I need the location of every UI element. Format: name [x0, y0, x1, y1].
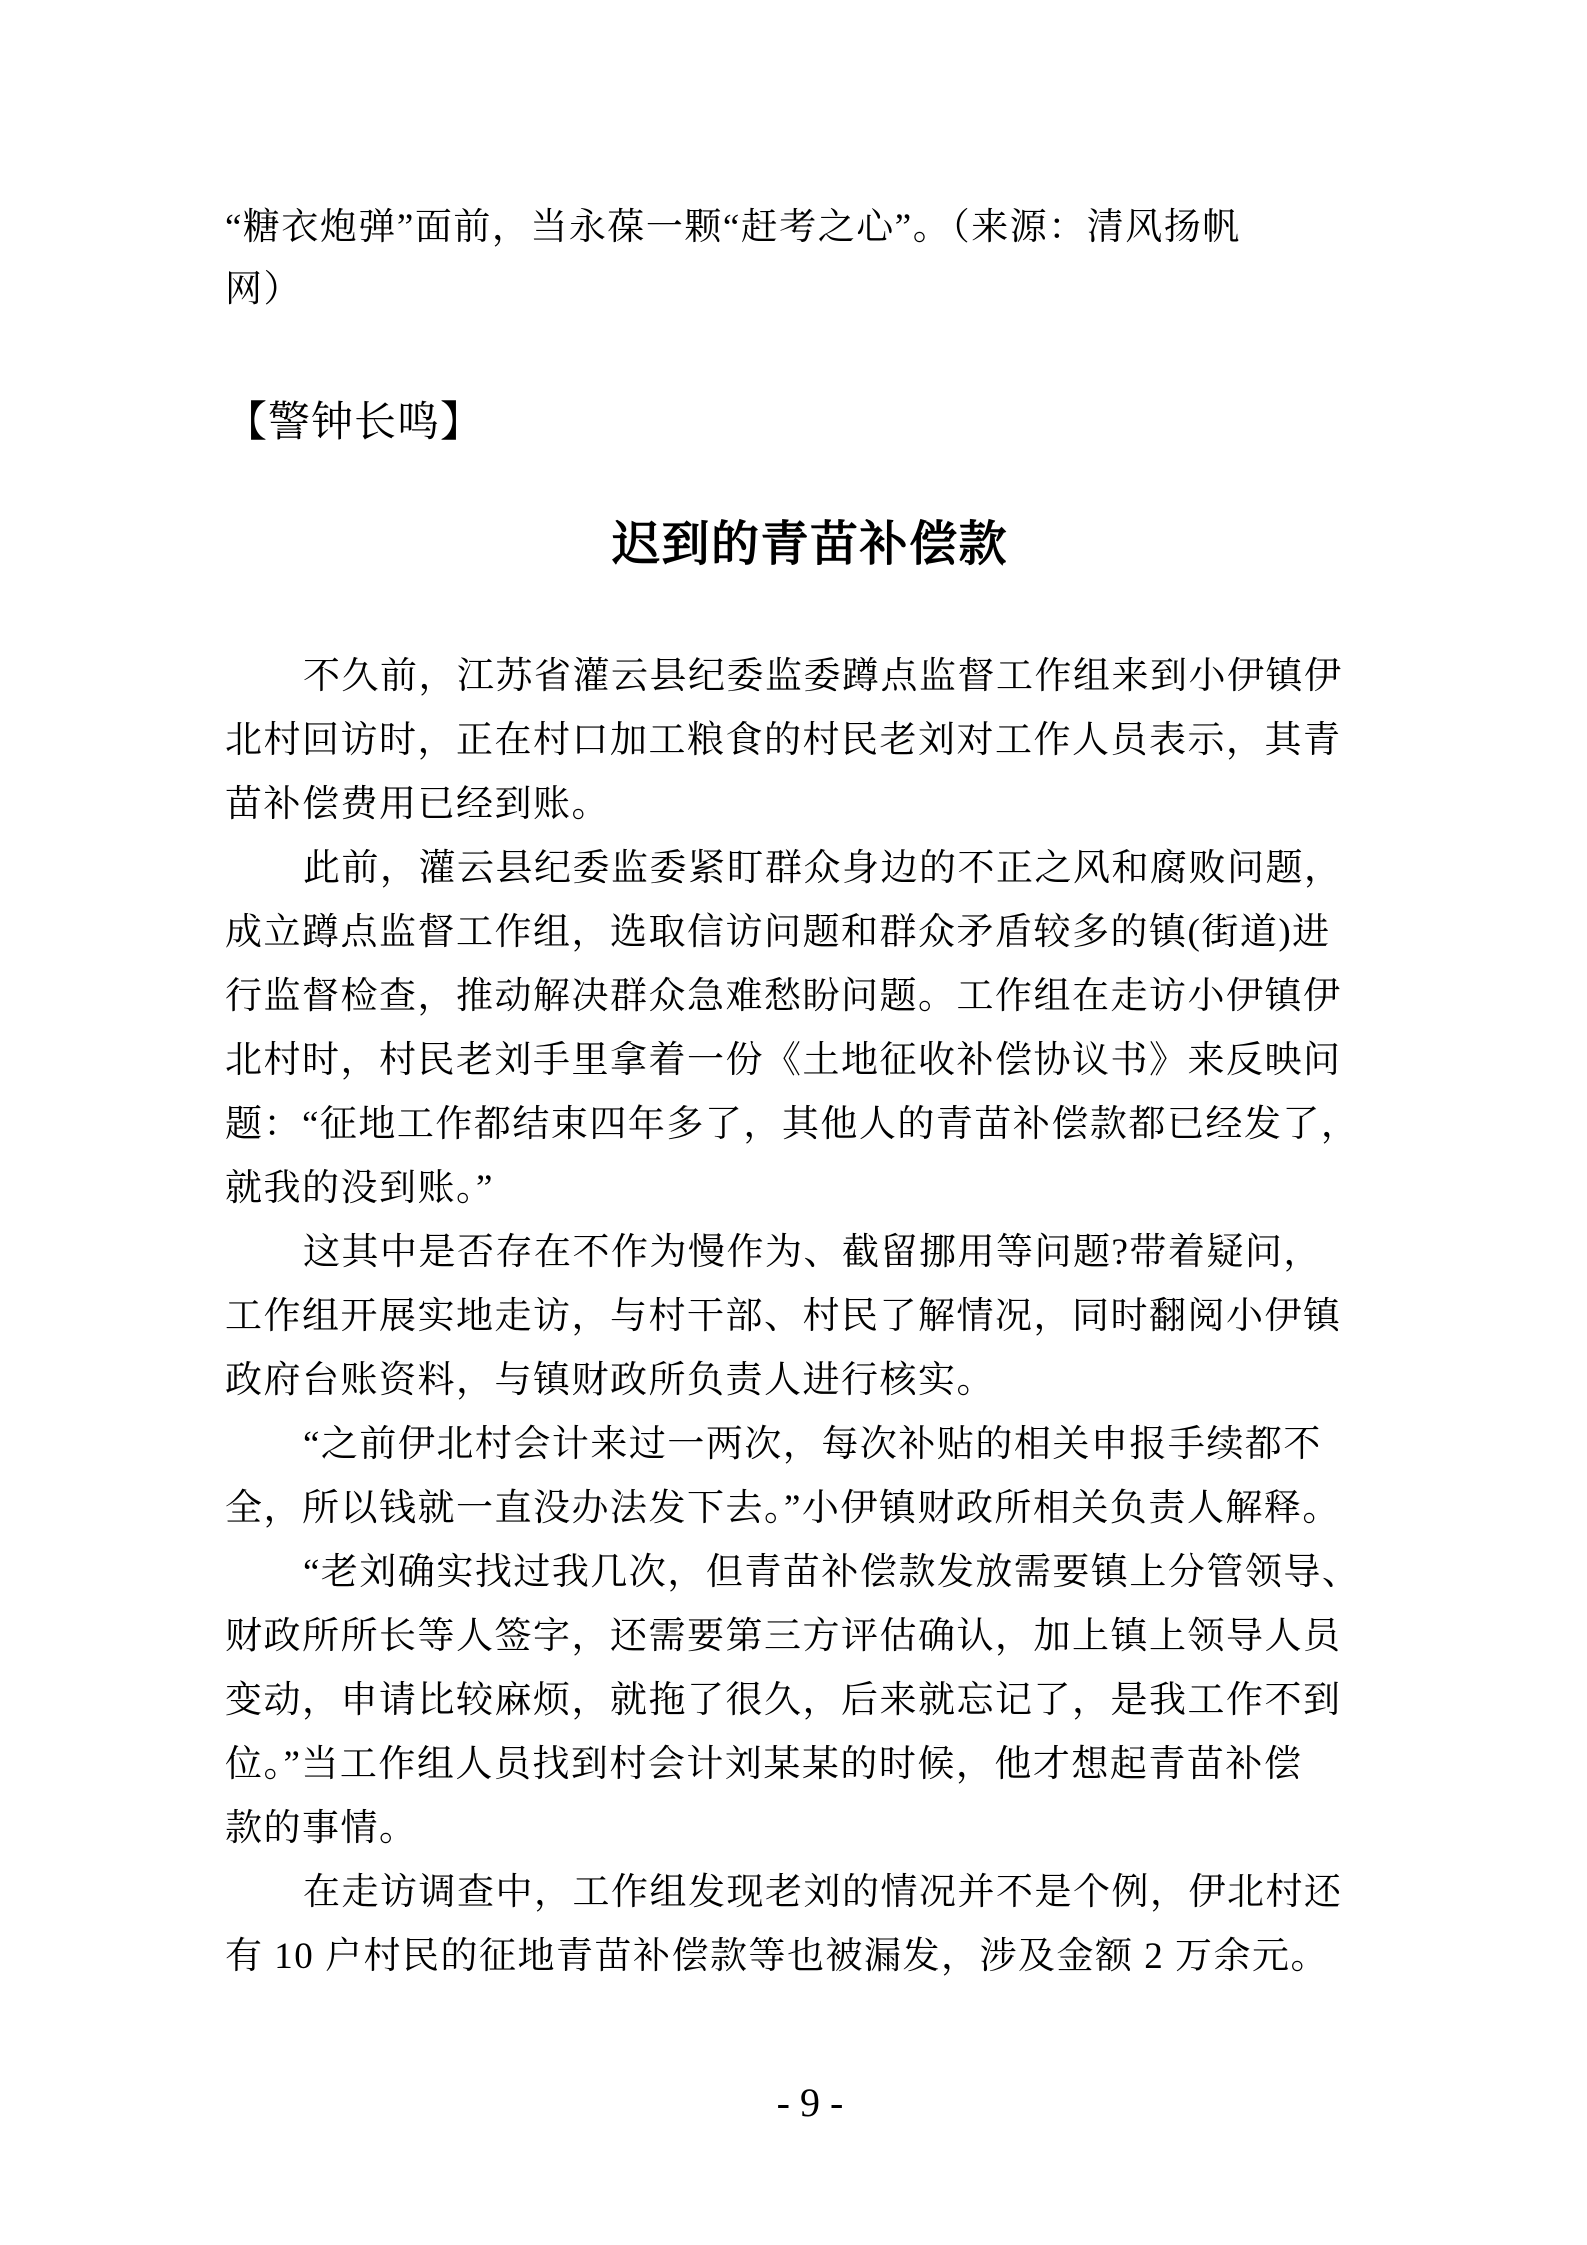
text-line: 就我的没到账。”: [225, 1157, 1395, 1221]
text-line: 有 10 户村民的征地青苗补偿款等也被漏发，涉及金额 2 万余元。: [225, 1925, 1395, 1989]
text-line: 变动，申请比较麻烦，就拖了很久，后来就忘记了，是我工作不到: [225, 1669, 1395, 1733]
text-line: “老刘确实找过我几次，但青苗补偿款发放需要镇上分管领导、: [225, 1541, 1395, 1605]
text-line: 网）: [225, 259, 1395, 321]
text-line: 苗补偿费用已经到账。: [225, 773, 1395, 837]
text-line: 款的事情。: [225, 1797, 1395, 1861]
text-line: 在走访调查中，工作组发现老刘的情况并不是个例，伊北村还: [225, 1861, 1395, 1925]
document-page: “糖衣炮弹”面前，当永葆一颗“赶考之心”。（来源：清风扬帆 网） 【警钟长鸣】 …: [0, 0, 1587, 2245]
page-number: - 9 -: [225, 2071, 1395, 2135]
text-line: 此前，灌云县纪委监委紧盯群众身边的不正之风和腐败问题，: [225, 837, 1395, 901]
text-line: 行监督检查，推动解决群众急难愁盼问题。工作组在走访小伊镇伊: [225, 965, 1395, 1029]
text-line: 财政所所长等人签字，还需要第三方评估确认，加上镇上领导人员: [225, 1605, 1395, 1669]
text-line: 位。”当工作组人员找到村会计刘某某的时候，他才想起青苗补偿: [225, 1733, 1395, 1797]
text-line: 成立蹲点监督工作组，选取信访问题和群众矛盾较多的镇(街道)进: [225, 901, 1395, 965]
text-line: 全，所以钱就一直没办法发下去。”小伊镇财政所相关负责人解释。: [225, 1477, 1395, 1541]
section-header: 【警钟长鸣】: [225, 392, 483, 454]
text-line: 题：“征地工作都结束四年多了，其他人的青苗补偿款都已经发了，: [225, 1093, 1395, 1157]
text-line: 工作组开展实地走访，与村干部、村民了解情况，同时翻阅小伊镇: [225, 1285, 1395, 1349]
text-line: 不久前，江苏省灌云县纪委监委蹲点监督工作组来到小伊镇伊: [225, 645, 1395, 709]
text-line: “糖衣炮弹”面前，当永葆一颗“赶考之心”。（来源：清风扬帆: [225, 197, 1395, 259]
text-line: 政府台账资料，与镇财政所负责人进行核实。: [225, 1349, 1395, 1413]
continuation-paragraph: “糖衣炮弹”面前，当永葆一颗“赶考之心”。（来源：清风扬帆 网）: [225, 197, 1395, 321]
article-body: 不久前，江苏省灌云县纪委监委蹲点监督工作组来到小伊镇伊 北村回访时，正在村口加工…: [225, 645, 1395, 1989]
text-line: “之前伊北村会计来过一两次，每次补贴的相关申报手续都不: [225, 1413, 1395, 1477]
text-line: 北村时，村民老刘手里拿着一份《土地征收补偿协议书》来反映问: [225, 1029, 1395, 1093]
text-line: 这其中是否存在不作为慢作为、截留挪用等问题?带着疑问，: [225, 1221, 1395, 1285]
article-title: 迟到的青苗补偿款: [225, 510, 1395, 580]
text-line: 北村回访时，正在村口加工粮食的村民老刘对工作人员表示，其青: [225, 709, 1395, 773]
